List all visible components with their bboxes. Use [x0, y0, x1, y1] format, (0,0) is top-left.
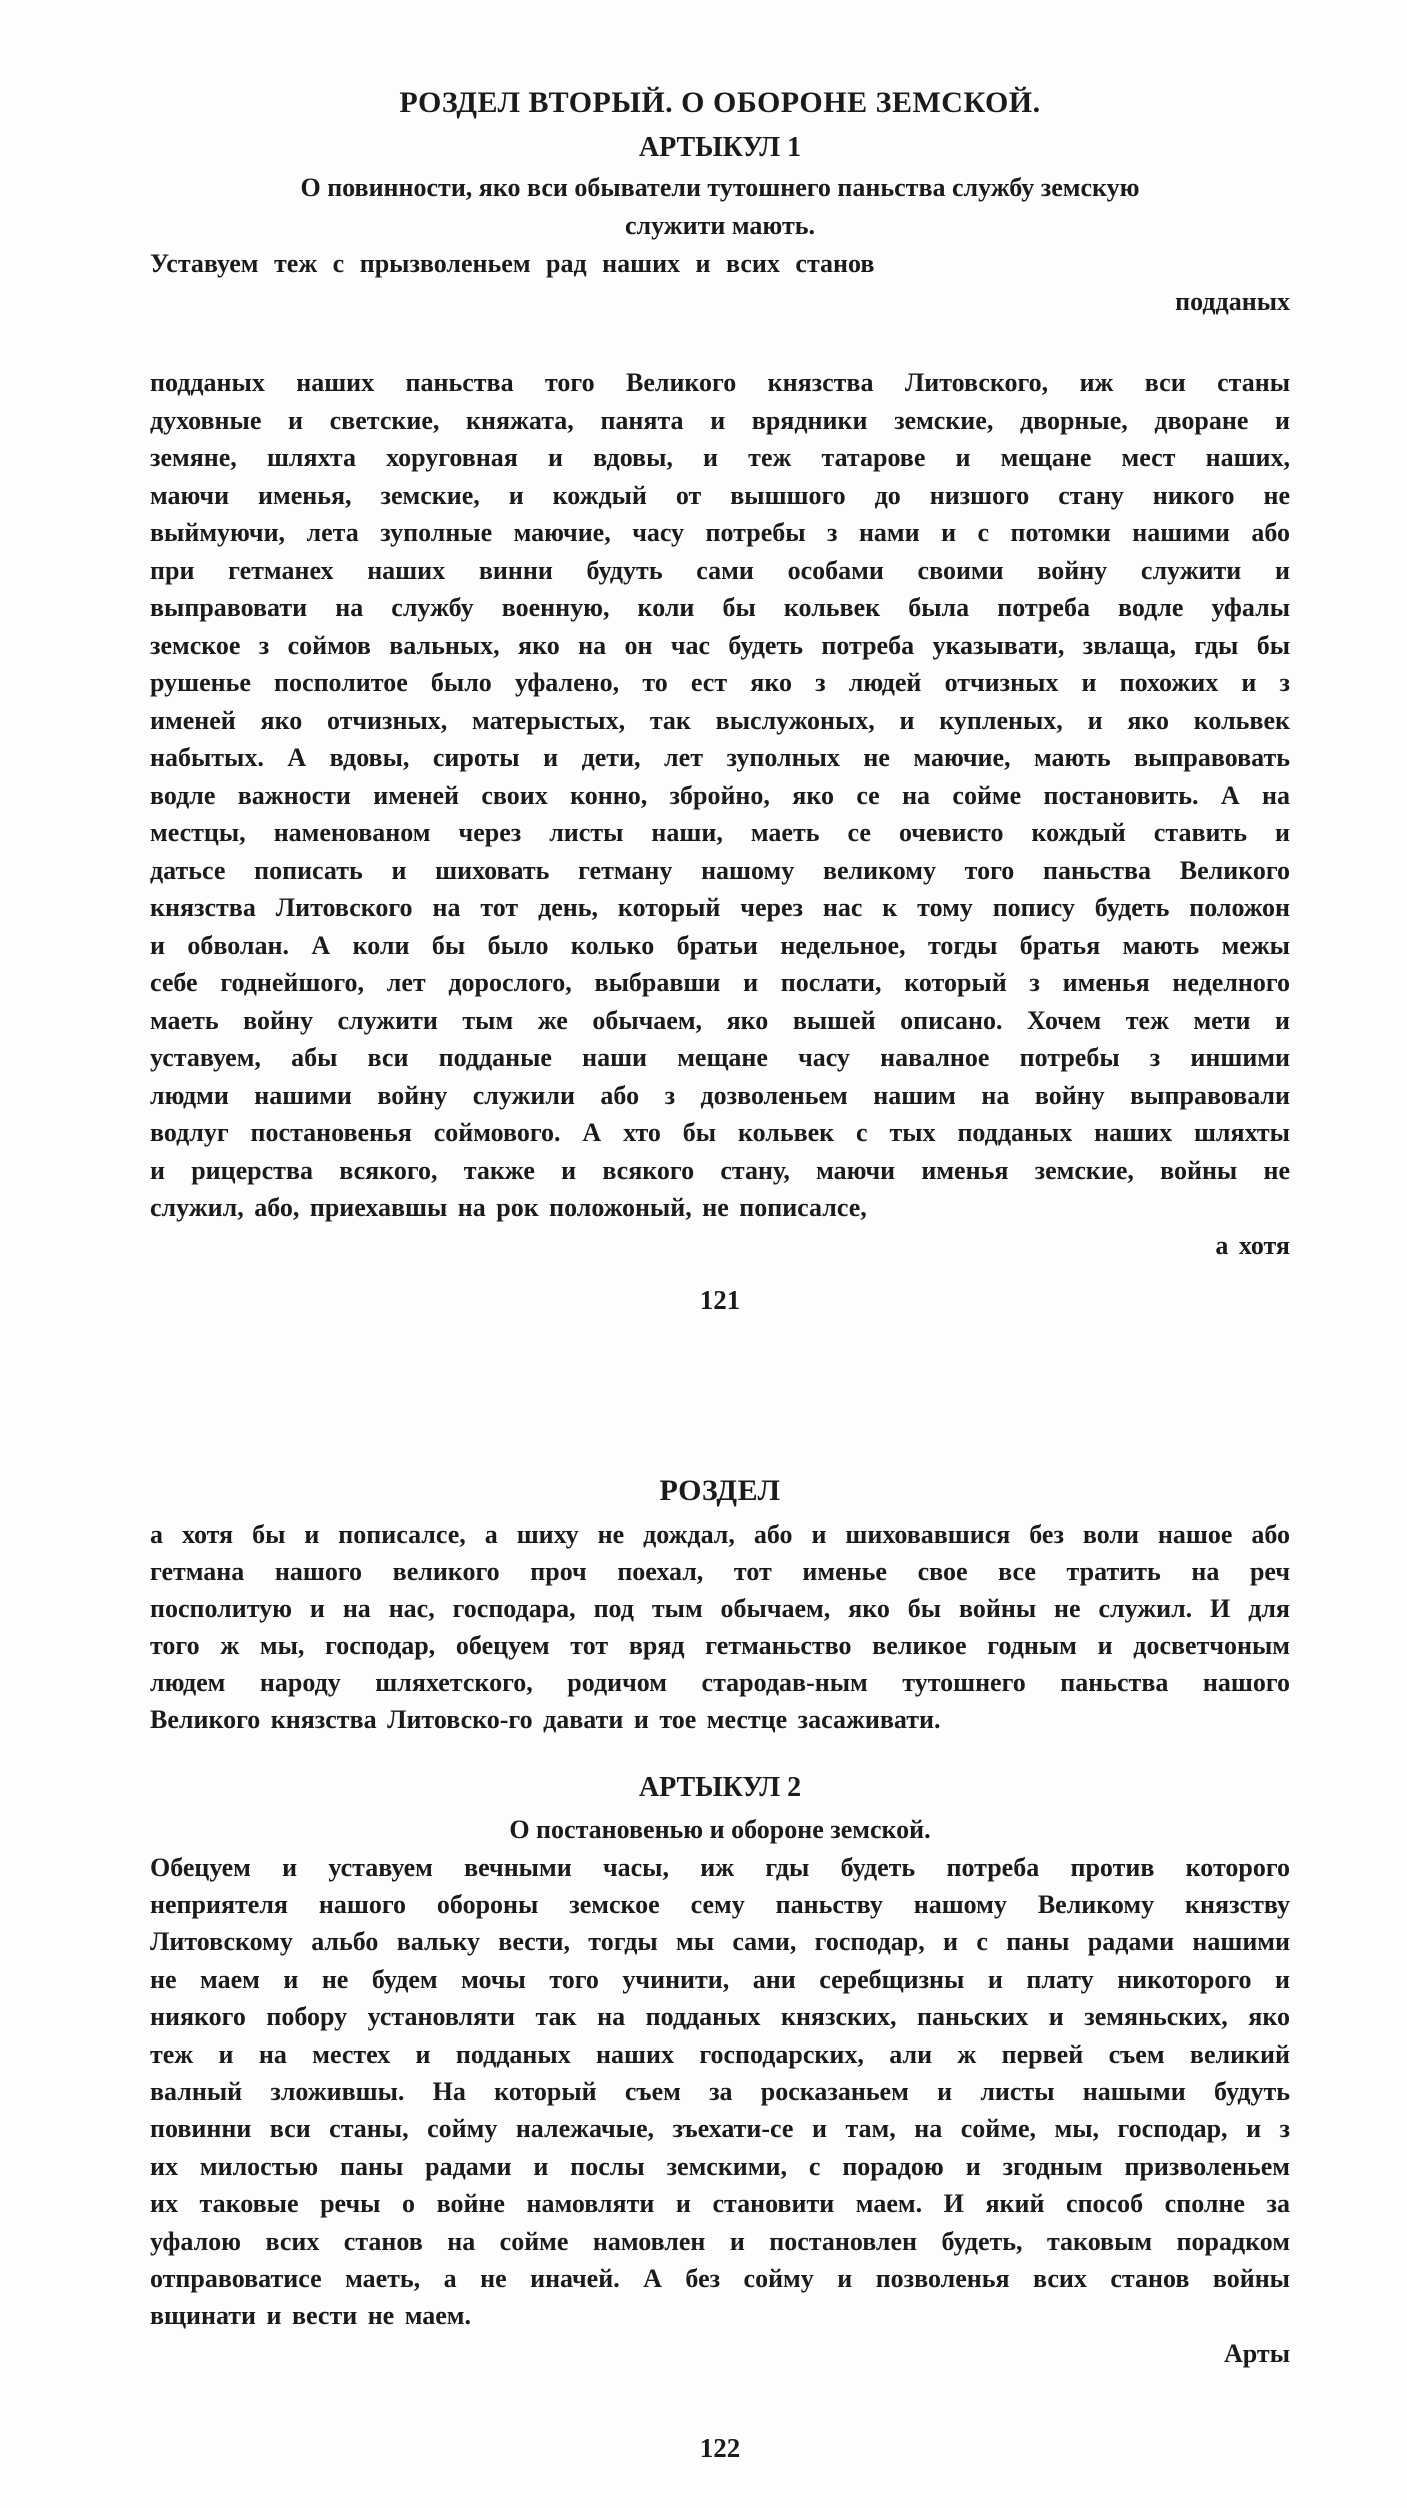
text-line: вщинати и вести не маем. [150, 2297, 1290, 2334]
text-line: местцы, наменованом через листы наши, ма… [150, 814, 1290, 852]
text-line: водле важности именей своих конно, зброй… [150, 777, 1290, 815]
text-line: гетмана нашого великого проч поехал, тот… [150, 1553, 1290, 1590]
text-line: водлуг постановенья соймового. А хто бы … [150, 1114, 1290, 1152]
text-line: маеть войну служити тым же обычаем, яко … [150, 1002, 1290, 1040]
text-line: рушенье посполитое было уфалено, то ест … [150, 664, 1290, 702]
text-line: Великого князства Литовско-го давати и т… [150, 1701, 1290, 1738]
page-number-122: 122 [150, 2429, 1290, 2467]
text-line: валный зложившы. На который съем за роск… [150, 2073, 1290, 2110]
intro-line: Уставуем теж с прызволеньем рад наших и … [150, 245, 1290, 283]
text-line: посполитую и на нас, господара, под тым … [150, 1590, 1290, 1627]
text-line: выймуючи, лета зуполные маючие, часу пот… [150, 514, 1290, 552]
scanned-book-page: РОЗДЕЛ ВТОРЫЙ. О ОБОРОНЕ ЗЕМСКОЙ. АРТЫКУ… [0, 0, 1407, 2508]
page-121: РОЗДЕЛ ВТОРЫЙ. О ОБОРОНЕ ЗЕМСКОЙ. АРТЫКУ… [150, 86, 1290, 1319]
page-122: РОЗДЕЛ а хотя бы и пописалсе, а шиху не … [150, 1474, 1290, 2467]
text-line: а хотя бы и пописалсе, а шиху не дождал,… [150, 1516, 1290, 1553]
text-line: отправоватисе маеть, а не иначей. А без … [150, 2260, 1290, 2297]
article-1-body-paragraph: подданых наших паньства того Великого кн… [150, 364, 1290, 1227]
text-line: набытых. А вдовы, сироты и дети, лет зуп… [150, 739, 1290, 777]
article-1-subtitle-line-2: служити мають. [150, 207, 1290, 245]
text-line: подданых наших паньства того Великого кн… [150, 364, 1290, 402]
text-line: духовные и светские, княжата, панята и в… [150, 402, 1290, 440]
catchword-a-khotya: а хотя [150, 1227, 1290, 1265]
running-header-rozdel: РОЗДЕЛ [150, 1474, 1290, 1508]
text-line: людми нашими войну служили або з дозволе… [150, 1077, 1290, 1115]
article-2-body-paragraph: Обецуем и уставуем вечными часы, иж гды … [150, 1849, 1290, 2335]
article-1-continuation-paragraph: а хотя бы и пописалсе, а шиху не дождал,… [150, 1516, 1290, 1738]
text-line: Обецуем и уставуем вечными часы, иж гды … [150, 1849, 1290, 1886]
text-line: того ж мы, господар, обецуем тот вряд ге… [150, 1627, 1290, 1664]
text-line: ниякого побору установляти так на поддан… [150, 1998, 1290, 2035]
text-line: служил, або, приехавшы на рок положоный,… [150, 1189, 1290, 1227]
text-line: их таковые речы о войне намовляти и стан… [150, 2185, 1290, 2222]
text-line: маючи именья, земские, и кождый от вышшо… [150, 477, 1290, 515]
catchword-poddanykh: подданых [150, 283, 1290, 321]
page-number-121: 121 [150, 1281, 1290, 1319]
catchword-arty: Арты [150, 2335, 1290, 2373]
text-line: Литовскому альбо вальку вести, тогды мы … [150, 1923, 1290, 1960]
text-line: земяне, шляхта хоруговная и вдовы, и теж… [150, 439, 1290, 477]
text-line: уфалою всих станов на сойме намовлен и п… [150, 2223, 1290, 2260]
text-line: выправовати на службу военную, коли бы к… [150, 589, 1290, 627]
section-title: РОЗДЕЛ ВТОРЫЙ. О ОБОРОНЕ ЗЕМСКОЙ. [150, 86, 1290, 120]
text-line: датьсе пописать и шиховать гетману нашом… [150, 852, 1290, 890]
article-2-subtitle: О постановенью и обороне земской. [150, 1811, 1290, 1849]
text-line: их милостью паны радами и послы земскими… [150, 2148, 1290, 2185]
text-column: РОЗДЕЛ ВТОРЫЙ. О ОБОРОНЕ ЗЕМСКОЙ. АРТЫКУ… [150, 86, 1290, 2467]
text-line: именей яко отчизных, матерыстых, так выс… [150, 702, 1290, 740]
text-line: людем народу шляхетского, родичом старод… [150, 1664, 1290, 1701]
article-2-heading: АРТЫКУЛ 2 [150, 1773, 1290, 1803]
article-1-heading: АРТЫКУЛ 1 [150, 133, 1290, 163]
text-line: земское з соймов вальных, яко на он час … [150, 627, 1290, 665]
text-line: себе годнейшого, лет дорослого, выбравши… [150, 964, 1290, 1002]
text-line: князства Литовского на тот день, который… [150, 889, 1290, 927]
text-line: при гетманех наших винни будуть сами осо… [150, 552, 1290, 590]
text-line: уставуем, абы вси подданые наши мещане ч… [150, 1039, 1290, 1077]
text-line: неприятеля нашого обороны земское сему п… [150, 1886, 1290, 1923]
article-1-subtitle-line-1: О повинности, яко вси обыватели тутошнег… [150, 169, 1290, 207]
text-line: не маем и не будем мочы того учинити, ан… [150, 1961, 1290, 1998]
text-line: повинни вси станы, сойму належачые, зъех… [150, 2110, 1290, 2147]
text-line: и рицерства всякого, также и всякого ста… [150, 1152, 1290, 1190]
text-line: и обволан. А коли бы было колько братьи … [150, 927, 1290, 965]
text-line: теж и на местех и подданых наших господа… [150, 2036, 1290, 2073]
